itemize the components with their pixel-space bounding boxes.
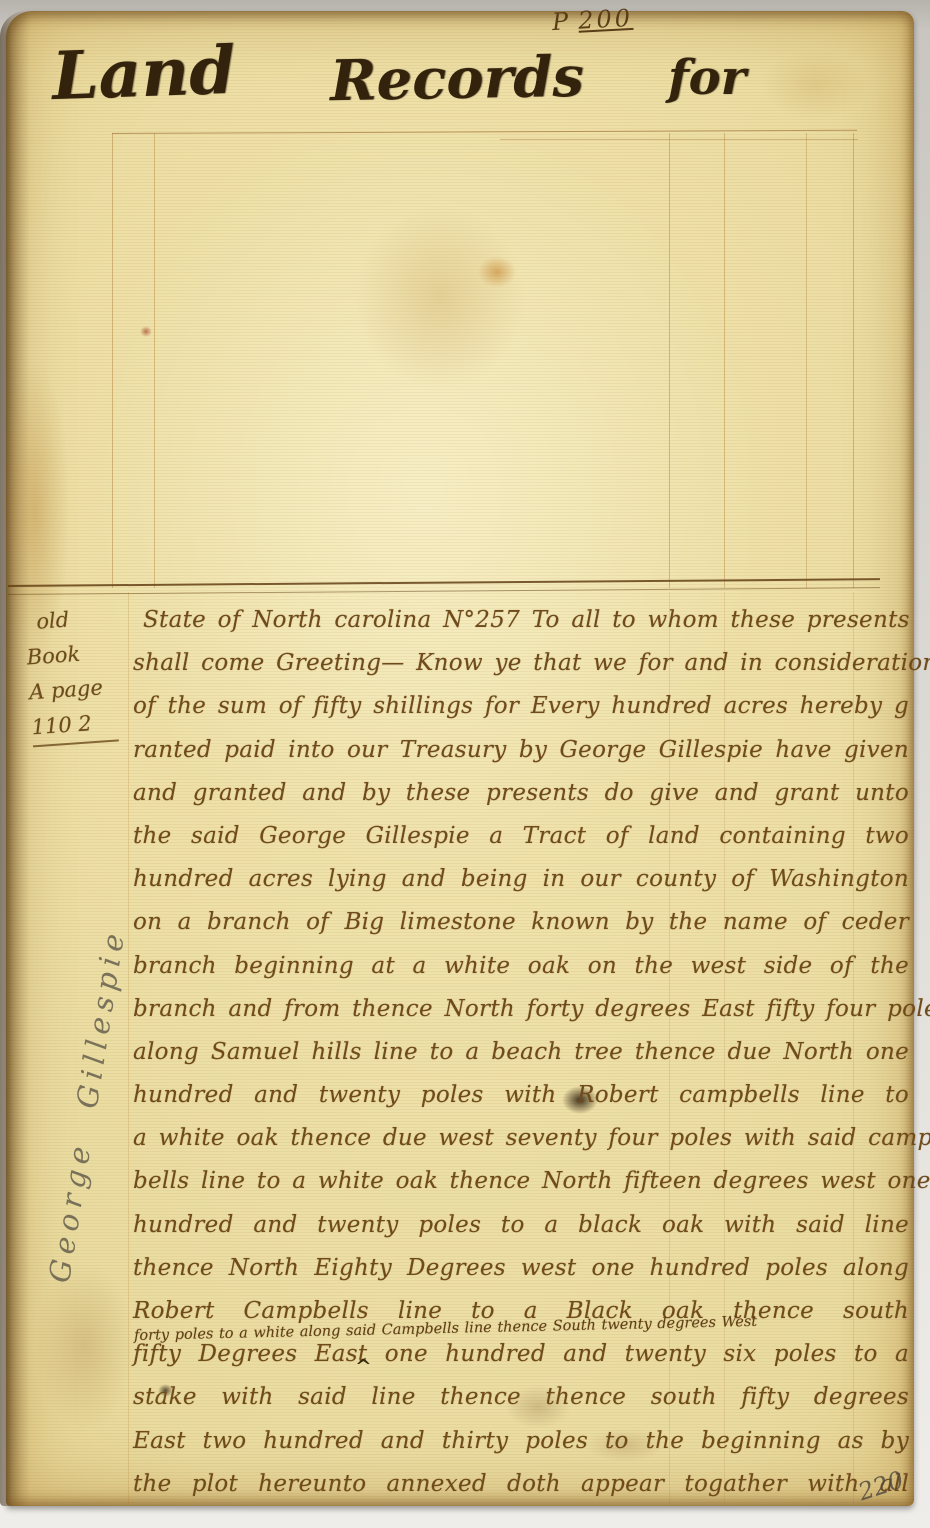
deed-text-line: and granted and by these presents do giv… xyxy=(133,772,909,815)
deed-text-line: East two hundred and thirty poles to the… xyxy=(133,1420,909,1463)
deed-text-line: ranted paid into our Treasury by George … xyxy=(133,729,909,772)
deed-text-line: hundred and twenty poles with Robert cam… xyxy=(133,1074,909,1117)
margin-note-line: 110 2 xyxy=(30,703,132,747)
deed-text-line: bells line to a white oak thence North f… xyxy=(133,1160,909,1203)
deed-text-line: the plot hereunto annexed doth appear to… xyxy=(133,1463,909,1506)
deed-text-line: along Samuel hills line to a beach tree … xyxy=(133,1031,909,1074)
deed-text-line: branch beginning at a white oak on the w… xyxy=(133,945,909,988)
header-word-records: Records xyxy=(329,44,584,114)
page-number-value: 200 xyxy=(577,4,633,35)
deed-text-line: hundred acres lying and being in our cou… xyxy=(133,858,909,901)
deed-text-line: hundred and twenty poles to a black oak … xyxy=(133,1204,909,1247)
header-word-for: for xyxy=(668,50,746,106)
margin-note-page-ref: 110 2 xyxy=(30,704,118,747)
deed-text-line: shall come Greeting— Know ye that we for… xyxy=(133,642,909,685)
page-number-prefix: P xyxy=(551,7,569,36)
header-word-land: Land xyxy=(51,31,237,115)
deed-text-line: State of North carolina N°257 To all to … xyxy=(133,599,909,642)
deed-text-line: a white oak thence due west seventy four… xyxy=(133,1117,909,1160)
deed-text-line: stake with said line thence thence south… xyxy=(133,1376,909,1419)
page-number-top: P200 xyxy=(551,4,633,36)
deed-text-line: the said George Gillespie a Tract of lan… xyxy=(133,815,909,858)
deed-text-line: thence North Eighty Degrees west one hun… xyxy=(133,1247,909,1290)
caret-mark: ^ xyxy=(355,1354,372,1378)
margin-reference-note: old Book A page 110 2 xyxy=(23,599,133,748)
deed-text-block: State of North carolina N°257 To all to … xyxy=(133,599,909,1506)
deed-text-line: on a branch of Big limestone known by th… xyxy=(133,901,909,944)
deed-text-line: branch and from thence North forty degre… xyxy=(133,988,909,1031)
deed-text-line: of the sum of fifty shillings for Every … xyxy=(133,685,909,728)
scanned-ledger-page: P200 Land Records for old Book A page 11… xyxy=(0,0,930,1528)
